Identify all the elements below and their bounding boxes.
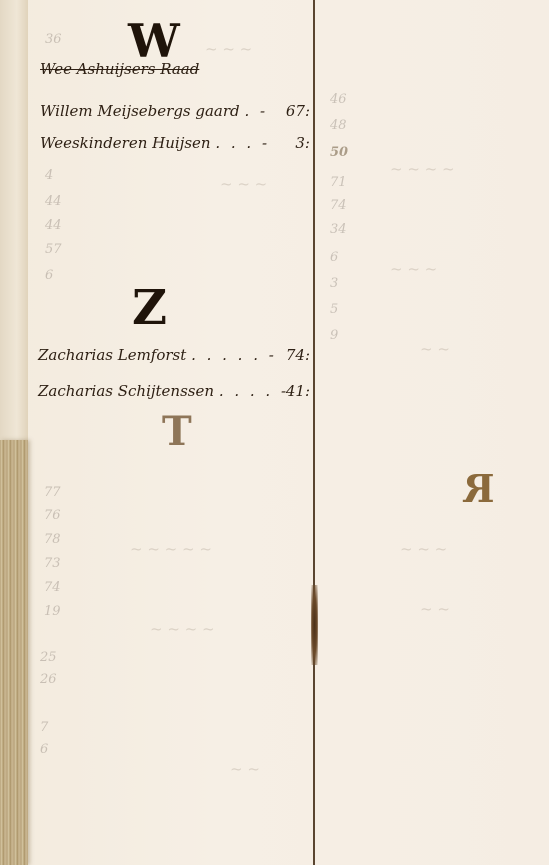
margin-number: 78	[44, 532, 61, 547]
entry-name: Wee Ashuijsers Raad	[40, 60, 199, 78]
entry-page-number: 67:	[286, 102, 310, 120]
index-entry: Zacharias Lemforst . . . . . - 74:	[38, 346, 310, 364]
margin-number: 74	[330, 198, 347, 213]
bleed-through-text: ~ ~ ~	[390, 260, 437, 278]
margin-number: 5	[330, 302, 338, 317]
margin-number: 6	[330, 250, 338, 265]
margin-number: 74	[44, 580, 61, 595]
index-entry: Zacharias Schijtenssen . . . . - 41:	[38, 382, 310, 400]
margin-number: 48	[330, 118, 347, 133]
margin-number: 76	[44, 508, 61, 523]
bleed-through-text: ~ ~	[420, 600, 450, 618]
margin-number: 34	[330, 222, 347, 237]
margin-number: 36	[45, 32, 62, 47]
entry-name: Weeskinderen Huijsen	[40, 134, 211, 152]
index-entry: Wee Ashuijsers Raad	[40, 60, 199, 78]
index-entry: Willem Meijsebergs gaard . - 67:	[40, 102, 310, 120]
entry-page-number: 41:	[286, 382, 310, 400]
margin-number: 44	[45, 194, 62, 209]
manuscript-page: 36 4 44 44 57 6 77 76 78 73 74 19 25 26 …	[0, 0, 549, 865]
margin-number: 26	[40, 672, 57, 687]
margin-number: 4	[45, 168, 53, 183]
entry-name: Willem Meijsebergs gaard	[40, 102, 240, 120]
bleed-through-text: ~ ~ ~	[205, 40, 252, 58]
entry-page-number: 3:	[295, 134, 310, 152]
dot-leader: . . . . . -	[191, 346, 277, 364]
column-rule	[313, 0, 315, 865]
bleed-through-text: ~ ~ ~ ~	[390, 160, 455, 178]
entry-name: Zacharias Lemforst	[38, 346, 186, 364]
ink-blot	[311, 585, 318, 665]
bleed-through-text: ~ ~	[230, 760, 260, 778]
entry-page-number: 74:	[286, 346, 310, 364]
bleed-through-letter-t: T	[162, 408, 192, 455]
margin-number: 73	[44, 556, 61, 571]
margin-number: 7	[40, 720, 48, 735]
margin-number: 77	[44, 485, 61, 500]
margin-number: 9	[330, 328, 338, 343]
dot-leader: . -	[244, 102, 268, 120]
bleed-through-text: ~ ~ ~	[400, 540, 447, 558]
margin-number: 44	[45, 218, 62, 233]
page-edge	[0, 0, 28, 440]
bleed-through-text: ~ ~	[420, 340, 450, 358]
dot-leader: . . . . -	[219, 382, 289, 400]
margin-number: 57	[45, 242, 62, 257]
margin-number: 6	[40, 742, 48, 757]
margin-number: 19	[44, 604, 61, 619]
margin-number: 6	[45, 268, 53, 283]
dot-leader: . . . -	[215, 134, 270, 152]
bleed-through-letter-r: R	[463, 466, 495, 511]
book-spine	[0, 440, 28, 865]
margin-number: 46	[330, 92, 347, 107]
entry-name: Zacharias Schijtenssen	[38, 382, 214, 400]
bleed-through-text: ~ ~ ~ ~ ~	[130, 540, 212, 558]
margin-number: 25	[40, 650, 57, 665]
section-letter-z: Z	[132, 280, 167, 336]
index-entry: Weeskinderen Huijsen . . . - 3:	[40, 134, 310, 152]
bleed-through-text: ~ ~ ~	[220, 175, 267, 193]
margin-number: 50	[330, 145, 348, 160]
margin-number: 3	[330, 276, 338, 291]
bleed-through-text: ~ ~ ~ ~	[150, 620, 215, 638]
margin-number: 71	[330, 175, 347, 190]
